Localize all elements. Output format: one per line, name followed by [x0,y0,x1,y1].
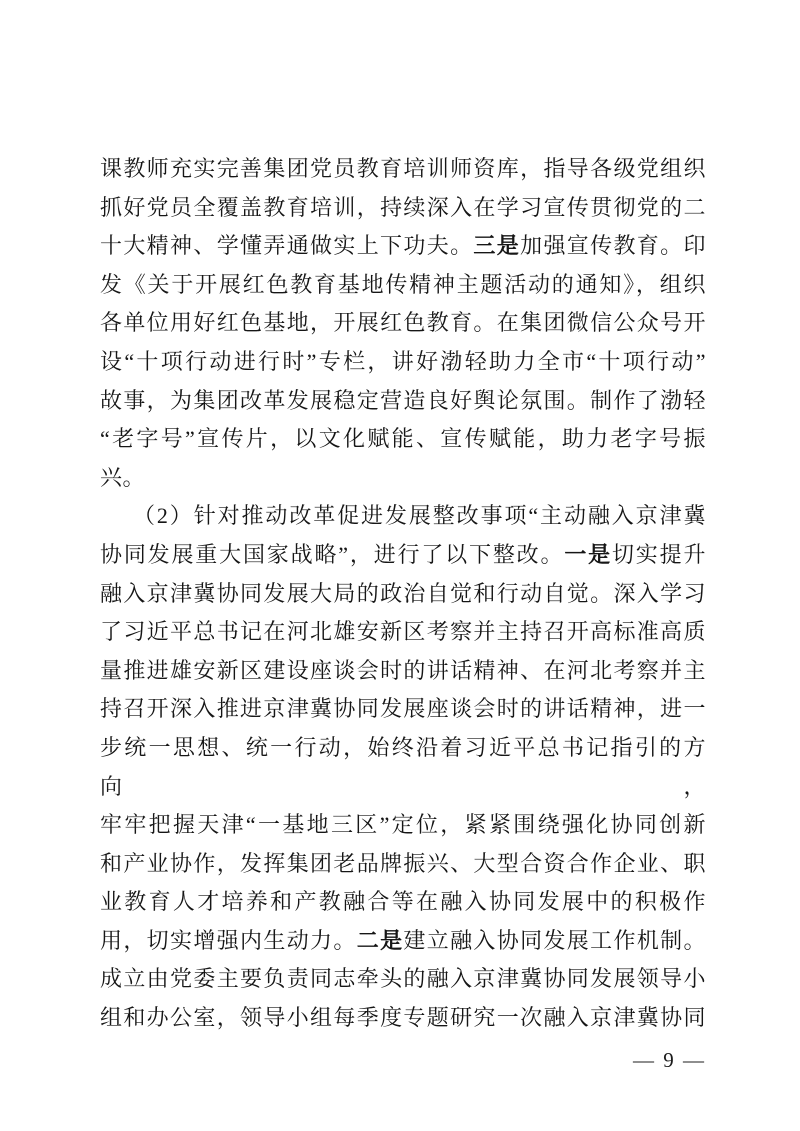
text-line: 持召开深入推进京津冀协同发展座谈会时的讲话精神，进一 [100,690,706,729]
body-text: 组和办公室，领导小组每季度专题研究一次融入京津冀协同 [100,1005,706,1030]
text-line: 课教师充实完善集团党员教育培训师资库，指导各级党组织 [100,150,706,189]
text-line: 牢牢把握天津“一基地三区”定位，紧紧围绕强化协同创新 [100,806,706,845]
emphasis-text: 二是 [357,928,404,953]
text-line: 业教育人才培养和产教融合等在融入协同发展中的积极作 [100,883,706,922]
body-text: 用，切实增强内生动力。 [100,928,357,953]
body-text: “老字号”宣传片，以文化赋能、宣传赋能，助力老字号振 [100,426,706,451]
text-line: 量推进雄安新区建设座谈会时的讲话精神、在河北考察并主 [100,652,706,691]
text-line: 兴。 [100,459,706,498]
body-text: 业教育人才培养和产教融合等在融入协同发展中的积极作 [100,889,706,914]
text-line: 抓好党员全覆盖教育培训，持续深入在学习宣传贯彻党的二 [100,189,706,228]
body-text: 了习近平总书记在河北雄安新区考察并主持召开高标准高质 [100,619,706,644]
text-line: 各单位用好红色基地，开展红色教育。在集团微信公众号开 [100,304,706,343]
body-text: 加强宣传教育。印 [520,233,706,258]
body-text: 协同发展重大国家战略”，进行了以下整改。 [100,542,564,567]
body-text: 故事，为集团改革发展稳定营造良好舆论氛围。制作了渤轻 [100,388,706,413]
text-line: 用，切实增强内生动力。二是建立融入协同发展工作机制。 [100,922,706,961]
text-line: 步统一思想、统一行动，始终沿着习近平总书记指引的方向， [100,729,706,806]
body-text: 步统一思想、统一行动，始终沿着习近平总书记指引的方向， [100,735,706,799]
emphasis-text: 一是 [564,542,612,567]
text-line: 成立由党委主要负责同志牵头的融入京津冀协同发展领导小 [100,960,706,999]
text-line: 设“十项行动进行时”专栏，讲好渤轻助力全市“十项行动” [100,343,706,382]
body-text: 量推进雄安新区建设座谈会时的讲话精神、在河北考察并主 [100,658,706,683]
document-page: 课教师充实完善集团党员教育培训师资库，指导各级党组织抓好党员全覆盖教育培训，持续… [0,0,800,1131]
body-text: 切实提升 [612,542,706,567]
body-text: 建立融入协同发展工作机制。 [403,928,706,953]
text-line: 十大精神、学懂弄通做实上下功夫。三是加强宣传教育。印 [100,227,706,266]
text-line: 了习近平总书记在河北雄安新区考察并主持召开高标准高质 [100,613,706,652]
page-number: — 9 — [633,1046,706,1074]
body-text: 课教师充实完善集团党员教育培训师资库，指导各级党组织 [100,156,706,181]
text-line: （2）针对推动改革促进发展整改事项“主动融入京津冀 [100,497,706,536]
body-text: 持召开深入推进京津冀协同发展座谈会时的讲话精神，进一 [100,696,706,721]
body-text: 十大精神、学懂弄通做实上下功夫。 [100,233,473,258]
body-text: 设“十项行动进行时”专栏，讲好渤轻助力全市“十项行动” [100,349,706,374]
body-text: 牢牢把握天津“一基地三区”定位，紧紧围绕强化协同创新 [100,812,706,837]
text-line: 融入京津冀协同发展大局的政治自觉和行动自觉。深入学习 [100,575,706,614]
body-text: （2）针对推动改革促进发展整改事项“主动融入京津冀 [133,503,706,528]
body-text: 融入京津冀协同发展大局的政治自觉和行动自觉。深入学习 [100,581,706,606]
document-body-text: 课教师充实完善集团党员教育培训师资库，指导各级党组织抓好党员全覆盖教育培训，持续… [100,150,706,1038]
text-line: 和产业协作，发挥集团老品牌振兴、大型合资合作企业、职 [100,845,706,884]
text-line: 协同发展重大国家战略”，进行了以下整改。一是切实提升 [100,536,706,575]
body-text: 兴。 [100,465,145,490]
body-text: 发《关于开展红色教育基地传精神主题活动的通知》，组织 [100,272,706,297]
text-line: 发《关于开展红色教育基地传精神主题活动的通知》，组织 [100,266,706,305]
emphasis-text: 三是 [473,233,520,258]
body-text: 抓好党员全覆盖教育培训，持续深入在学习宣传贯彻党的二 [100,195,706,220]
text-line: “老字号”宣传片，以文化赋能、宣传赋能，助力老字号振 [100,420,706,459]
text-line: 组和办公室，领导小组每季度专题研究一次融入京津冀协同 [100,999,706,1038]
body-text: 各单位用好红色基地，开展红色教育。在集团微信公众号开 [100,310,706,335]
text-line: 故事，为集团改革发展稳定营造良好舆论氛围。制作了渤轻 [100,382,706,421]
body-text: 成立由党委主要负责同志牵头的融入京津冀协同发展领导小 [100,966,706,991]
body-text: 和产业协作，发挥集团老品牌振兴、大型合资合作企业、职 [100,851,706,876]
